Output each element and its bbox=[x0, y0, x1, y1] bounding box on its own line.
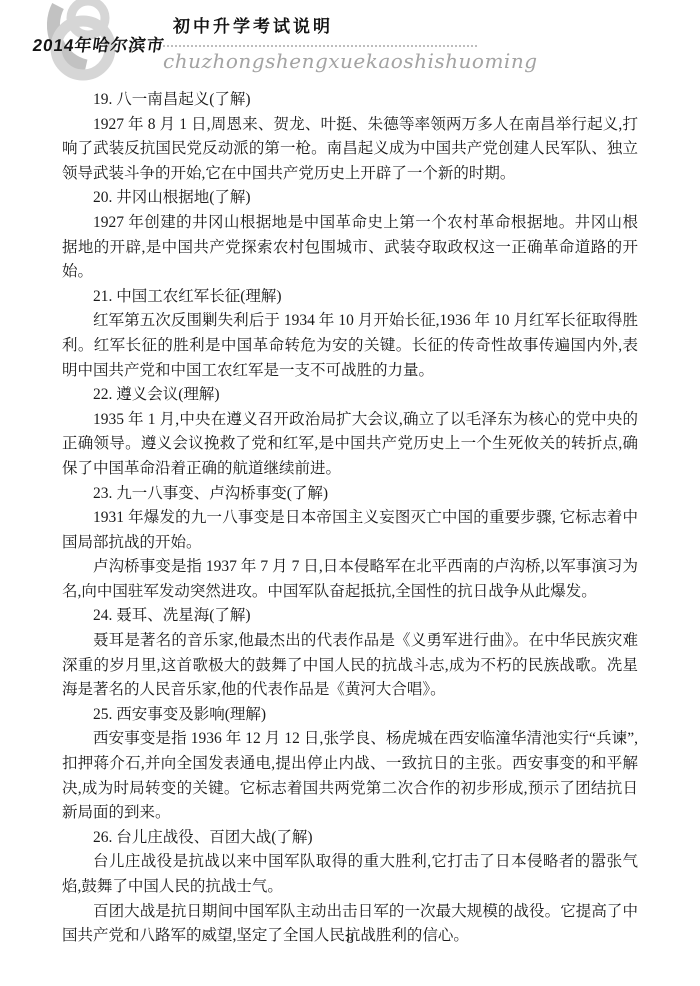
section-heading: 20. 井冈山根据地(了解) bbox=[62, 186, 638, 211]
paragraph: 1935 年 1 月,中央在遵义召开政治局扩大会议,确立了以毛泽东为核心的党中央… bbox=[62, 408, 638, 482]
paragraph: 卢沟桥事变是指 1937 年 7 月 7 日,日本侵略军在北平西南的卢沟桥,以军… bbox=[62, 555, 638, 604]
document-title: 初中升学考试说明 bbox=[163, 12, 493, 37]
paragraph: 1927 年创建的井冈山根据地是中国革命史上第一个农村革命根据地。井冈山根据地的… bbox=[62, 211, 638, 285]
document-page: 2014年哈尔滨市 初中升学考试说明 chuzhongshengxuekaosh… bbox=[0, 0, 700, 986]
section-heading: 26. 台儿庄战役、百团大战(了解) bbox=[62, 826, 638, 851]
section-heading: 22. 遵义会议(理解) bbox=[62, 383, 638, 408]
section-heading: 21. 中国工农红军长征(理解) bbox=[62, 285, 638, 310]
brand-year-city: 2014年哈尔滨市 bbox=[31, 31, 166, 56]
header-divider bbox=[163, 45, 477, 47]
title-pinyin: chuzhongshengxuekaoshishuoming bbox=[163, 49, 493, 73]
section-heading: 25. 西安事变及影响(理解) bbox=[62, 703, 638, 728]
paragraph: 1927 年 8 月 1 日,周恩来、贺龙、叶挺、朱德等率领两万多人在南昌举行起… bbox=[62, 113, 638, 187]
paragraph: 1931 年爆发的九一八事变是日本帝国主义妄图灭亡中国的重要步骤, 它标志着中国… bbox=[62, 506, 638, 555]
paragraph: 聂耳是著名的音乐家,他最杰出的代表作品是《义勇军进行曲》。在中华民族灾难深重的岁… bbox=[62, 629, 638, 703]
document-body: 19. 八一南昌起义(了解)1927 年 8 月 1 日,周恩来、贺龙、叶挺、朱… bbox=[62, 88, 638, 949]
paragraph: 红军第五次反围剿失利后于 1934 年 10 月开始长征,1936 年 10 月… bbox=[62, 309, 638, 383]
section-heading: 23. 九一八事变、卢沟桥事变(了解) bbox=[62, 482, 638, 507]
section-heading: 24. 聂耳、冼星海(了解) bbox=[62, 604, 638, 629]
section-heading: 19. 八一南昌起义(了解) bbox=[62, 88, 638, 113]
paragraph: 西安事变是指 1936 年 12 月 12 日,张学良、杨虎城在西安临潼华清池实… bbox=[62, 727, 638, 825]
page-number: 8 bbox=[0, 931, 700, 948]
header-title-block: 初中升学考试说明 chuzhongshengxuekaoshishuoming bbox=[163, 12, 493, 73]
paragraph: 台儿庄战役是抗战以来中国军队取得的重大胜利,它打击了日本侵略者的嚣张气焰,鼓舞了… bbox=[62, 850, 638, 899]
